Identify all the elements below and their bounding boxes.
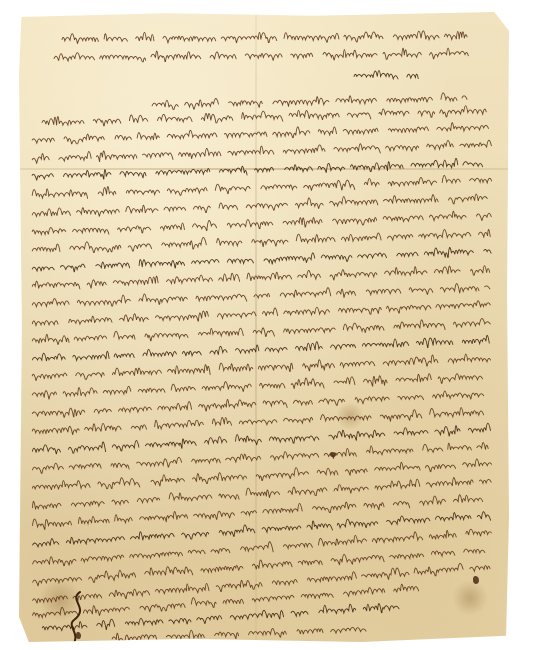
- signature-flourish: [60, 590, 100, 650]
- text-line: [52, 45, 472, 63]
- text-line: [352, 67, 422, 81]
- manuscript-page: [19, 12, 509, 642]
- text-line: [60, 28, 470, 45]
- ink-blot: [473, 576, 479, 584]
- stain: [452, 580, 488, 616]
- ink-blot: [330, 452, 336, 457]
